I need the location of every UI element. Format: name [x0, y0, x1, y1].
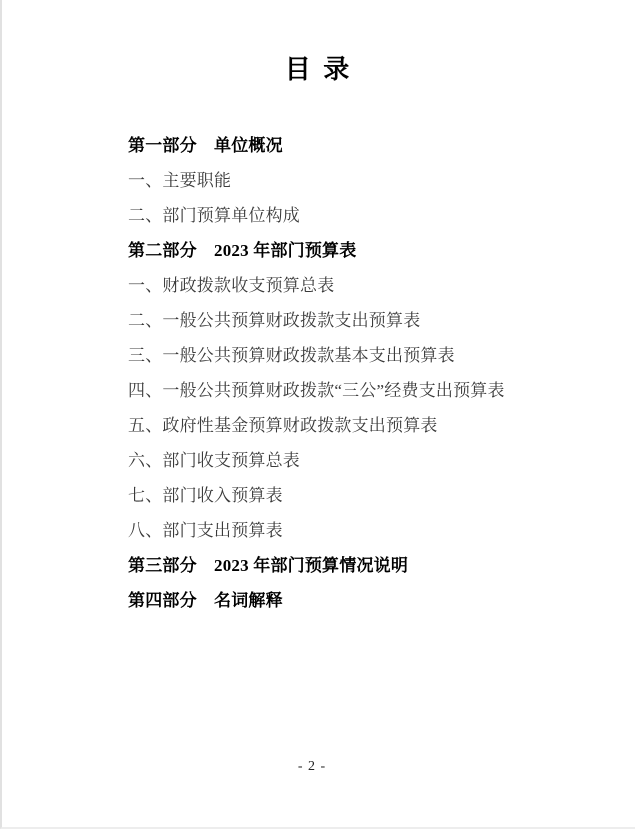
toc-item: 一、主要职能	[128, 163, 605, 198]
toc-item: 七、部门收入预算表	[128, 478, 605, 513]
page-number: - 2 -	[2, 757, 622, 777]
page-title: 目 录	[2, 0, 635, 86]
toc-item: 二、一般公共预算财政拨款支出预算表	[128, 303, 605, 338]
toc-section-heading-part4: 第四部分 名词解释	[128, 583, 605, 618]
toc-section-heading-part3: 第三部分 2023 年部门预算情况说明	[128, 548, 605, 583]
table-of-contents: 第一部分 单位概况 一、主要职能 二、部门预算单位构成 第二部分 2023 年部…	[2, 128, 635, 618]
toc-item: 三、一般公共预算财政拨款基本支出预算表	[128, 338, 605, 373]
document-page: 目 录 第一部分 单位概况 一、主要职能 二、部门预算单位构成 第二部分 202…	[2, 0, 635, 827]
toc-item: 五、政府性基金预算财政拨款支出预算表	[128, 408, 605, 443]
toc-item: 六、部门收支预算总表	[128, 443, 605, 478]
toc-item: 八、部门支出预算表	[128, 513, 605, 548]
toc-item: 二、部门预算单位构成	[128, 198, 605, 233]
toc-section-heading-part1: 第一部分 单位概况	[128, 128, 605, 163]
toc-item: 一、财政拨款收支预算总表	[128, 268, 605, 303]
toc-item: 四、一般公共预算财政拨款“三公”经费支出预算表	[128, 373, 605, 408]
toc-section-heading-part2: 第二部分 2023 年部门预算表	[128, 233, 605, 268]
